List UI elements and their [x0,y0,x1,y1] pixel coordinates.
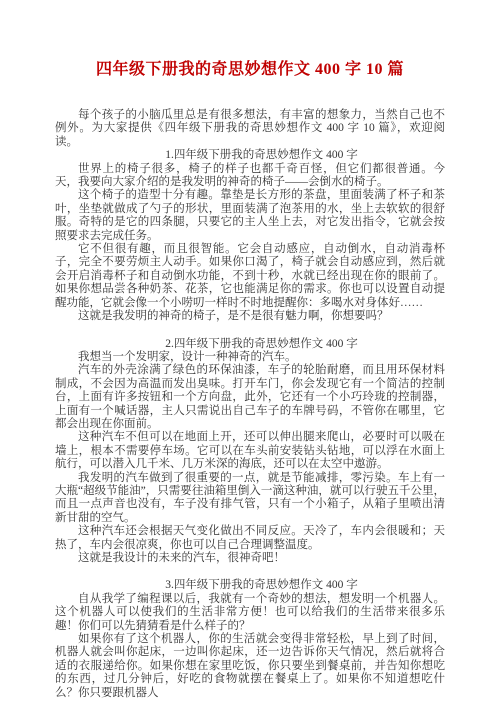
paragraph: 这个椅子的造型十分有趣。靠垫是长方形的茶盘，里面装满了杯子和茶叶，坐垫就做成了勺… [55,189,445,243]
document-body: 每个孩子的小脑瓜里总是有很多想法，有丰富的想象力，当然自己也不例外。为大家提供《… [55,109,445,700]
paragraph: 这就是我设计的未来的汽车，很神奇吧！ [55,552,445,565]
paragraph: 如果你有了这个机器人，你的生活就会变得非常轻松，早上到了时间，机器人就会叫你起床… [55,633,445,700]
paragraph: 这种汽车还会根据天气变化做出不同反应。天冷了，车内会很暖和；天热了，车内会很凉爽… [55,525,445,552]
paragraph: 这就是我发明的神奇的椅子，是不是很有魅力啊，你想要吗？ [55,310,445,323]
paragraph: 它不但很有趣，而且很智能。它会自动感应，自动倒水，自动消毒杯子，完全不要劳烦主人… [55,243,445,310]
document-page: 四年级下册我的奇思妙想作文 400 字 10 篇 每个孩子的小脑瓜里总是有很多想… [0,0,500,708]
intro-paragraph: 每个孩子的小脑瓜里总是有很多想法，有丰富的想象力，当然自己也不例外。为大家提供《… [55,109,445,149]
paragraph: 这种汽车不但可以在地面上开，还可以伸出腿来爬山，必要时可以吸在墙上，根本不需要停… [55,431,445,471]
paragraph: 我发明的汽车做到了很重要的一点，就是节能减排，零污染。车上有一大瓶“超级节能油”… [55,472,445,526]
paragraph: 自从我学了编程课以后，我就有一个奇妙的想法，想发明一个机器人。这个机器人可以使我… [55,593,445,633]
paragraph: 我想当一个发明家，设计一种神奇的汽车。 [55,351,445,364]
paragraph: 世界上的椅子很多，椅子的样子也都千奇百怪，但它们都很普通。今天，我要向大家介绍的… [55,163,445,190]
paragraph: 汽车的外壳涂满了绿色的环保油漆，车子的轮胎耐磨，而且用环保材料制成，不会因为高温… [55,364,445,431]
section-heading-1: 1.四年级下册我的奇思妙想作文 400 字 [55,149,445,162]
section-heading-3: 3.四年级下册我的奇思妙想作文 400 字 [55,579,445,592]
section-heading-2: 2.四年级下册我的奇思妙想作文 400 字 [55,338,445,351]
page-title: 四年级下册我的奇思妙想作文 400 字 10 篇 [55,56,445,79]
